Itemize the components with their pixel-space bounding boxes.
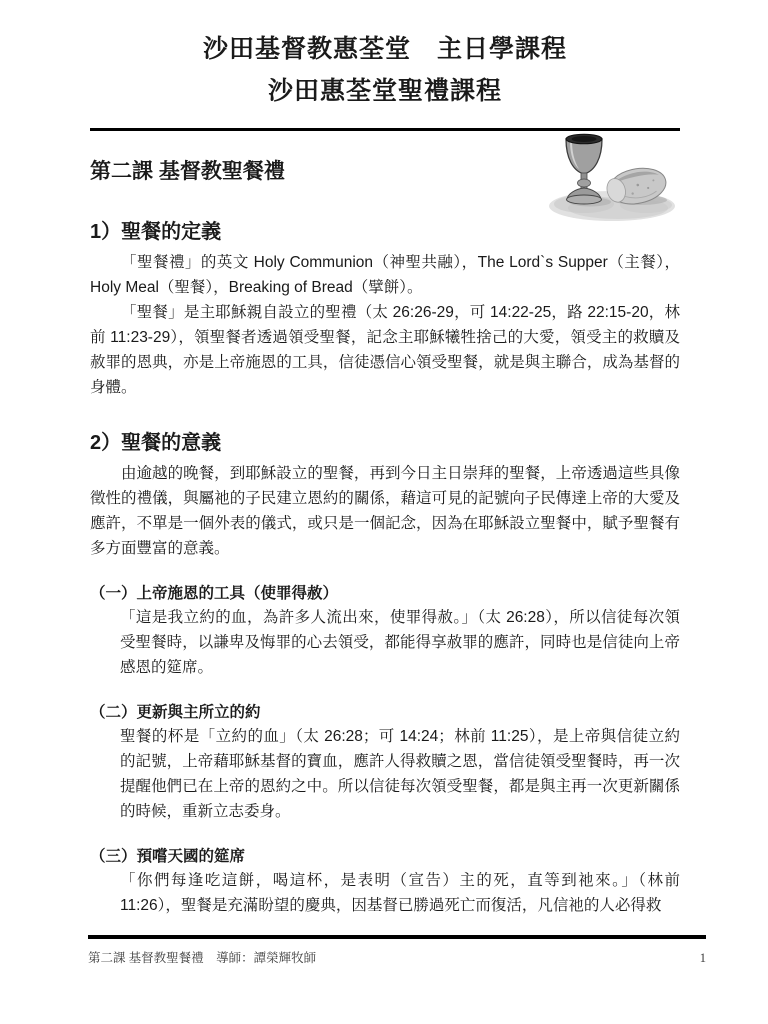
footer-lesson-label: 第二課 基督教聖餐禮 導師：譚榮輝牧師 bbox=[88, 948, 316, 966]
subsection-1-body: 「這是我立約的血，為許多人流出來，使罪得赦。」（太 26:28），所以信徒每次領… bbox=[120, 605, 680, 680]
section-2-paragraph-1: 由逾越的晚餐，到耶穌設立的聖餐，再到今日主日崇拜的聖餐，上帝透過這些具像徵性的禮… bbox=[90, 461, 680, 561]
page-number: 1 bbox=[700, 951, 706, 966]
page-footer: 第二課 基督教聖餐禮 導師：譚榮輝牧師 1 bbox=[88, 935, 706, 966]
chalice-and-bread-icon bbox=[546, 127, 684, 227]
document-page: 沙田基督教惠荃堂 主日學課程 沙田惠荃堂聖禮課程 第二課 基督教聖餐禮 1）聖餐… bbox=[0, 0, 768, 1024]
subsection-1-heading: （一）上帝施恩的工具（使罪得赦） bbox=[90, 581, 680, 603]
doc-title-line2: 沙田惠荃堂聖禮課程 bbox=[90, 70, 680, 112]
subsection-3-heading: （三）預嚐天國的筵席 bbox=[90, 844, 680, 866]
section-1-paragraph-2: 「聖餐」是主耶穌親自設立的聖禮（太 26:26-29，可 14:22-25，路 … bbox=[90, 300, 680, 400]
section-1-paragraph-1: 「聖餐禮」的英文 Holy Communion（神聖共融），The Lord`s… bbox=[90, 250, 680, 300]
footer-divider bbox=[88, 935, 706, 939]
subsection-3-body: 「你們每逢吃這餅，喝這杯，是表明（宣告）主的死，直等到祂來。」（林前 11:26… bbox=[120, 868, 680, 918]
doc-title-line1: 沙田基督教惠荃堂 主日學課程 bbox=[90, 28, 680, 70]
section-2-heading: 2）聖餐的意義 bbox=[90, 426, 680, 455]
communion-chalice-bread-image bbox=[546, 127, 684, 227]
subsection-2-body: 聖餐的杯是「立約的血」（太 26:28；可 14:24；林前 11:25），是上… bbox=[120, 724, 680, 824]
subsection-2-heading: （二）更新與主所立的約 bbox=[90, 700, 680, 722]
